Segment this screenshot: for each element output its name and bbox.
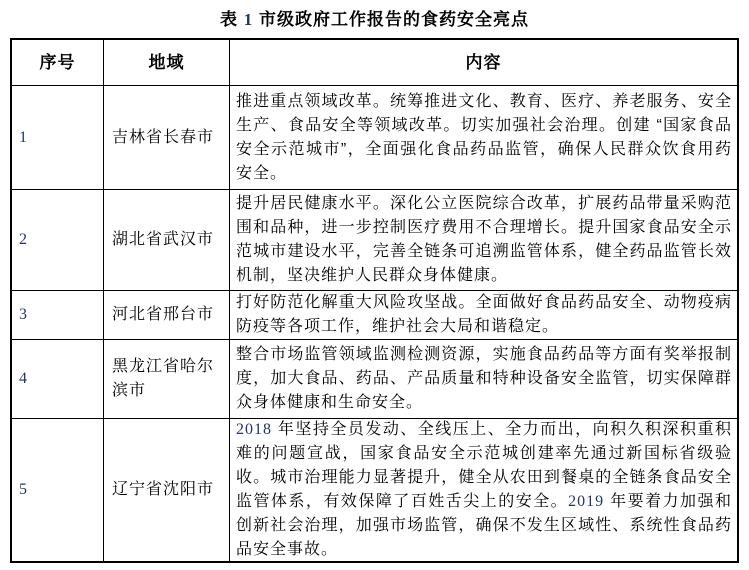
content-text: 2018 年坚持全员发动、全线压上、全力而出，向积久积深积重积难的问题宣战，国家… <box>236 419 732 561</box>
region-name: 黑龙江省哈尔滨市 <box>112 355 222 403</box>
serial-cell: 2 <box>12 190 103 290</box>
header-cell-region: 地域 <box>103 40 229 85</box>
table-row: 4 黑龙江省哈尔滨市 整合市场监管领域监测检测资源，实施食品药品等方面有奖举报制… <box>12 339 737 418</box>
region-name: 河北省邢台市 <box>112 303 222 327</box>
content-text: 整合市场监管领域监测检测资源，实施食品药品等方面有奖举报制度，加大食品、药品、产… <box>236 343 732 415</box>
region-cell: 吉林省长春市 <box>103 86 229 189</box>
content-cell: 推进重点领域改革。统筹推进文化、教育、医疗、养老服务、安全生产、食品安全等领域改… <box>229 86 737 189</box>
content-text: 推进重点领域改革。统筹推进文化、教育、医疗、养老服务、安全生产、食品安全等领域改… <box>236 90 732 186</box>
table-title-text: 市级政府工作报告的食药安全亮点 <box>253 10 529 29</box>
highlights-table: 序号 地域 内容 1 吉林省长春市 推进重点领域改革。统筹推进文化、教育、医疗、… <box>10 38 739 563</box>
header-cell-serial: 序号 <box>12 40 103 85</box>
serial-number: 2 <box>19 228 99 252</box>
year-text: 2018 <box>236 421 272 438</box>
table-row: 1 吉林省长春市 推进重点领域改革。统筹推进文化、教育、医疗、养老服务、安全生产… <box>12 85 737 189</box>
serial-cell: 1 <box>12 86 103 189</box>
region-name: 湖北省武汉市 <box>112 228 222 252</box>
header-cell-content: 内容 <box>229 40 737 85</box>
table-row: 3 河北省邢台市 打好防范化解重大风险攻坚战。全面做好食品药品安全、动物疫病防疫… <box>12 290 737 339</box>
table-title: 表 1 市级政府工作报告的食药安全亮点 <box>0 5 749 30</box>
region-cell: 辽宁省沈阳市 <box>103 419 229 561</box>
region-name: 吉林省长春市 <box>112 126 222 150</box>
serial-cell: 5 <box>12 419 103 561</box>
serial-number: 5 <box>19 478 99 502</box>
content-cell: 打好防范化解重大风险攻坚战。全面做好食品药品安全、动物疫病防疫等各项工作，维护社… <box>229 291 737 339</box>
region-cell: 湖北省武汉市 <box>103 190 229 290</box>
serial-number: 4 <box>19 367 99 391</box>
serial-cell: 4 <box>12 340 103 418</box>
region-cell: 黑龙江省哈尔滨市 <box>103 340 229 418</box>
serial-number: 1 <box>19 126 99 150</box>
content-cell: 提升居民健康水平。深化公立医院综合改革，扩展药品带量采购范围和品种，进一步控制医… <box>229 190 737 290</box>
region-cell: 河北省邢台市 <box>103 291 229 339</box>
table-title-prefix: 表 <box>220 10 244 29</box>
table-number: 1 <box>244 10 254 29</box>
serial-cell: 3 <box>12 291 103 339</box>
document-page: 表 1 市级政府工作报告的食药安全亮点 序号 地域 内容 1 吉林省长春市 推进… <box>0 0 749 570</box>
table-row: 5 辽宁省沈阳市 2018 年坚持全员发动、全线压上、全力而出，向积久积深积重积… <box>12 418 737 561</box>
content-cell: 2018 年坚持全员发动、全线压上、全力而出，向积久积深积重积难的问题宣战，国家… <box>229 419 737 561</box>
year-text: 2019 <box>568 493 604 510</box>
content-text: 打好防范化解重大风险攻坚战。全面做好食品药品安全、动物疫病防疫等各项工作，维护社… <box>236 291 732 339</box>
content-cell: 整合市场监管领域监测检测资源，实施食品药品等方面有奖举报制度，加大食品、药品、产… <box>229 340 737 418</box>
table-row: 2 湖北省武汉市 提升居民健康水平。深化公立医院综合改革，扩展药品带量采购范围和… <box>12 189 737 290</box>
content-text: 提升居民健康水平。深化公立医院综合改革，扩展药品带量采购范围和品种，进一步控制医… <box>236 192 732 288</box>
table-header-row: 序号 地域 内容 <box>12 40 737 85</box>
serial-number: 3 <box>19 303 99 327</box>
region-name: 辽宁省沈阳市 <box>112 478 222 502</box>
